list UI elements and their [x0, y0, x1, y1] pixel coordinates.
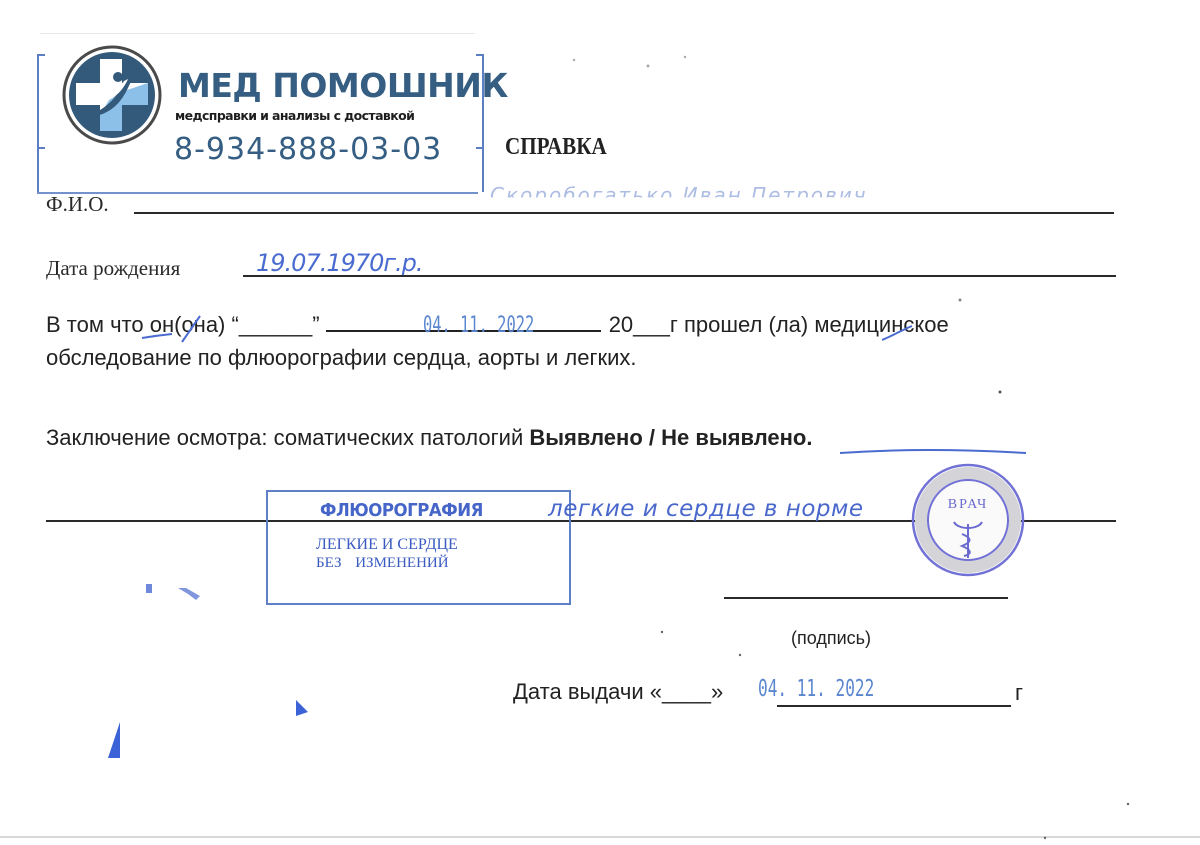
seal-text: ВРАЧ	[948, 497, 988, 512]
fio-underline	[134, 212, 1114, 214]
dob-underline	[243, 275, 1116, 277]
exam-date-stamp: 04. 11. 2022	[423, 313, 534, 338]
dob-handwritten-value: 19.07.1970г.р.	[256, 249, 423, 277]
signature-caption: (подпись)	[791, 628, 871, 649]
strike-mark-la	[870, 312, 930, 346]
issue-date-label: Дата выдачи «____»	[513, 679, 723, 705]
medical-cross-person-icon	[62, 45, 162, 155]
scan-artifacts	[0, 0, 1200, 845]
issue-date-suffix: г	[1015, 680, 1023, 706]
logo-frame-left-bracket	[37, 54, 45, 192]
scan-edge-top	[40, 33, 475, 34]
scan-edge-bottom	[0, 836, 1200, 838]
exam-sentence-line2: обследование по флюорографии сердца, аор…	[46, 345, 637, 371]
fio-label: Ф.И.О.	[46, 192, 109, 217]
selected-option-underline	[838, 447, 1028, 457]
dob-label: Дата рождения	[46, 256, 180, 281]
brand-tagline: медсправки и анализы с доставкой	[175, 108, 414, 123]
handwritten-findings-note: легкие и сердце в норме	[548, 496, 864, 522]
fio-handwritten-value: Скоробогатько Иван Петрович	[490, 183, 868, 207]
conclusion-label: Заключение осмотра: соматических патолог…	[46, 425, 529, 450]
issue-date-stamp: 04. 11. 2022	[758, 676, 874, 702]
document-title: СПРАВКА	[505, 134, 607, 161]
stamp-title: ФЛЮОРОГРАФИЯ	[320, 500, 483, 521]
issue-date-underline	[777, 705, 1011, 707]
strike-mark-ona	[140, 308, 220, 348]
conclusion-line: Заключение осмотра: соматических патолог…	[46, 425, 812, 451]
doctor-seal: ВРАЧ	[910, 458, 1030, 588]
brand-name: МЕД ПОМОШНИК	[178, 66, 508, 105]
signature-line	[724, 597, 1008, 599]
stamp-line1: ЛЕГКИЕ И СЕРДЦЕ	[316, 536, 458, 554]
conclusion-options: Выявлено / Не выявлено.	[529, 425, 812, 450]
stamp-line2: БЕЗ ИЗМЕНЕНИЙ	[316, 555, 449, 572]
brand-phone: 8-934-888-03-03	[174, 132, 442, 167]
